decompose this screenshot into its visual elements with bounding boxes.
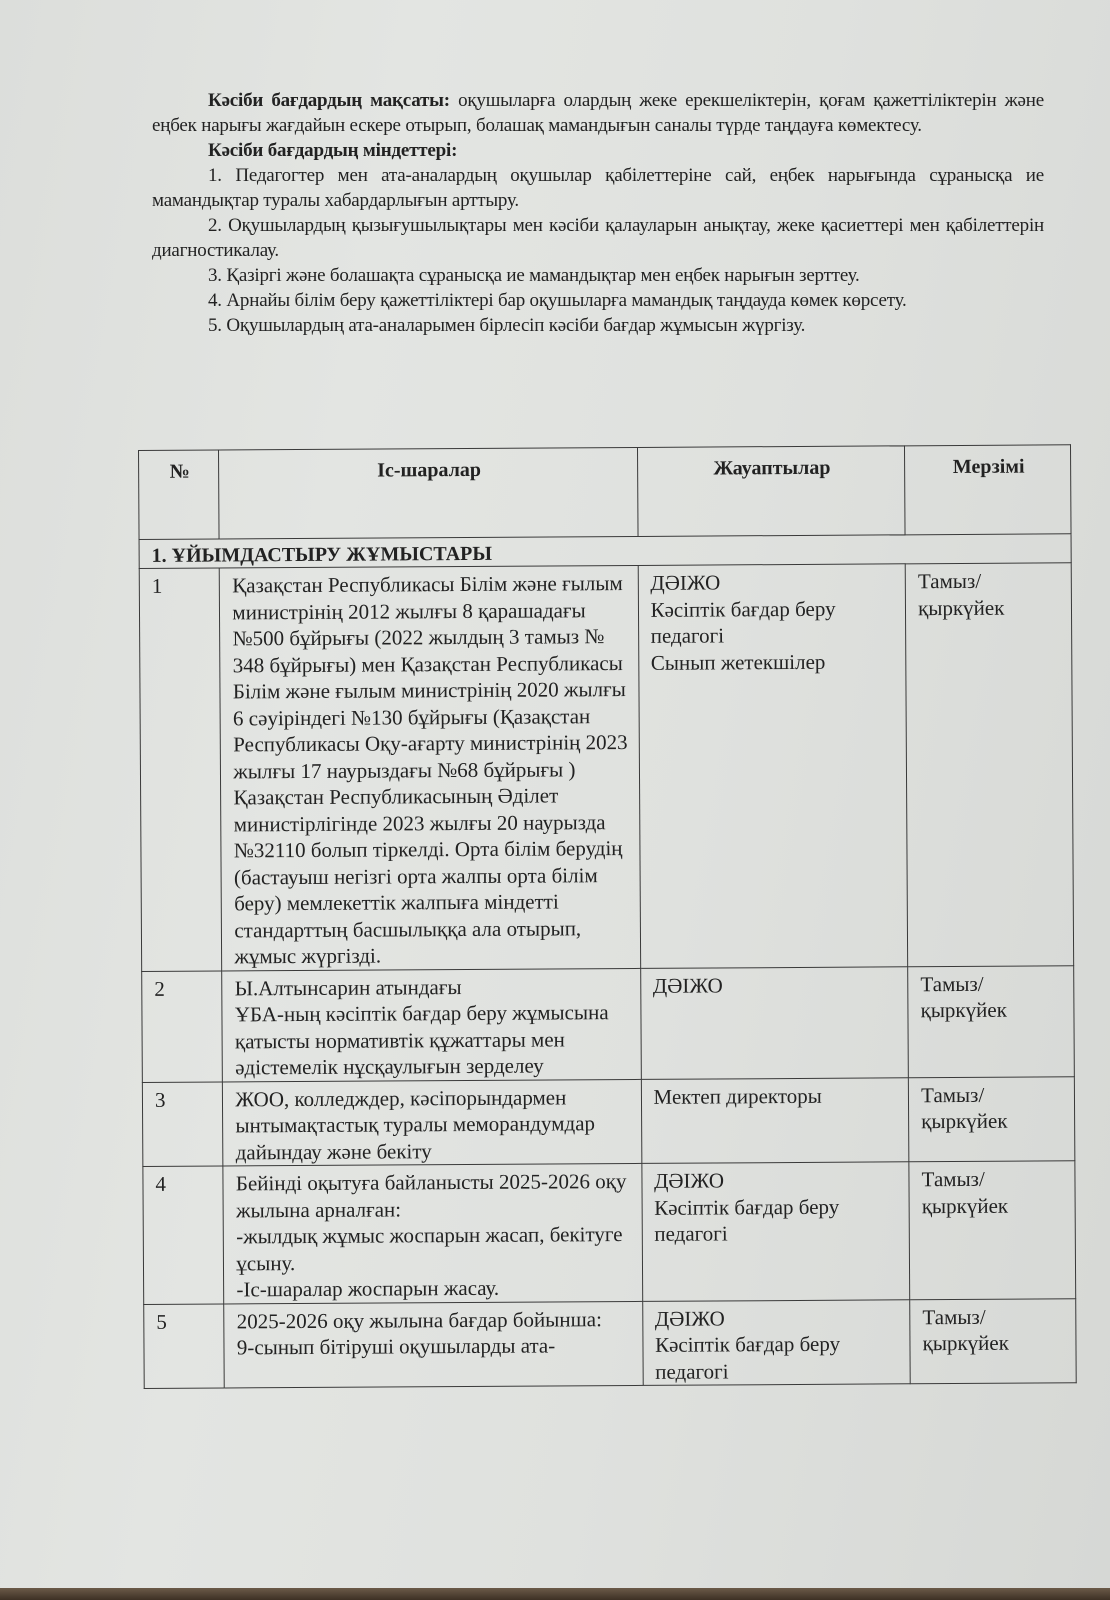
task-item: 2. Оқушылардың қызығушылықтары мен кәсіб… [152,213,1044,263]
row-number: 4 [143,1166,224,1304]
activity-plan-table: № Іс-шаралар Жауаптылар Мерзімі 1. ҰЙЫМД… [138,444,1077,1389]
table-row: 3 ЖОО, колледждер, кәсіпорындармен ынтым… [142,1076,1074,1166]
task-item: 5. Оқушылардың ата-аналарымен бірлесіп к… [152,313,1044,338]
header-deadline: Мерзімі [905,445,1071,535]
row-activity: ЖОО, колледждер, кәсіпорындармен ынтымақ… [223,1079,642,1166]
row-responsible: Мектеп директоры [641,1077,909,1163]
row-activity: Ы.Алтынсарин атындағы ҰБА-ның кәсіптік б… [222,968,641,1082]
tasks-label: Кәсіби бағдардың міндеттері: [152,138,1044,163]
row-deadline: Тамыз/ қыркүйек [908,965,1075,1077]
table-row: 2 Ы.Алтынсарин атындағы ҰБА-ның кәсіптік… [142,965,1075,1082]
goal-label: Кәсіби бағдардың мақсаты: [208,90,450,111]
row-responsible: ДӘІЖО Кәсіптік бағдар беру педагогі Сыны… [638,564,908,968]
row-deadline: Тамыз/ қыркүйек [905,563,1073,967]
row-responsible: ДӘІЖО Кәсіптік бағдар беру педагогі [642,1299,910,1385]
row-number: 5 [144,1303,225,1388]
row-number: 3 [142,1081,223,1166]
row-responsible: ДӘІЖО [640,966,908,1079]
goal-paragraph: Кәсіби бағдардың мақсаты: оқушыларға ола… [152,88,1044,138]
header-responsible: Жауаптылар [637,446,905,537]
header-activities: Іс-шаралар [219,447,638,539]
row-activity: Қазақстан Республикасы Білім және ғылым … [220,565,641,970]
row-deadline: Тамыз/ қыркүйек [910,1298,1076,1384]
task-item: 3. Қазіргі және болашақта сұранысқа ие м… [152,263,1044,288]
row-number: 1 [139,568,222,971]
row-responsible: ДӘІЖО Кәсіптік бағдар беру педагогі [641,1162,909,1301]
row-activity: Бейінді оқытуға байланысты 2025-2026 оқу… [223,1163,642,1303]
header-number: № [139,450,220,539]
row-number: 2 [142,970,223,1081]
table-row: 5 2025-2026 оқу жылына бағдар бойынша: 9… [144,1298,1076,1388]
table-row: 4 Бейінді оқытуға байланысты 2025-2026 о… [143,1161,1076,1304]
intro-section: Кәсіби бағдардың мақсаты: оқушыларға ола… [152,88,1044,338]
row-deadline: Тамыз/ қыркүйек [908,1076,1074,1162]
table-header-row: № Іс-шаралар Жауаптылар Мерзімі [139,445,1072,540]
table-row: 1 Қазақстан Республикасы Білім және ғылы… [139,563,1073,971]
desk-surface [0,1588,1110,1600]
task-item: 1. Педагогтер мен ата-аналардың оқушылар… [152,163,1044,213]
task-item: 4. Арнайы білім беру қажеттіліктері бар … [152,288,1044,313]
row-activity: 2025-2026 оқу жылына бағдар бойынша: 9-с… [224,1301,643,1388]
row-deadline: Тамыз/ қыркүйек [909,1161,1076,1300]
